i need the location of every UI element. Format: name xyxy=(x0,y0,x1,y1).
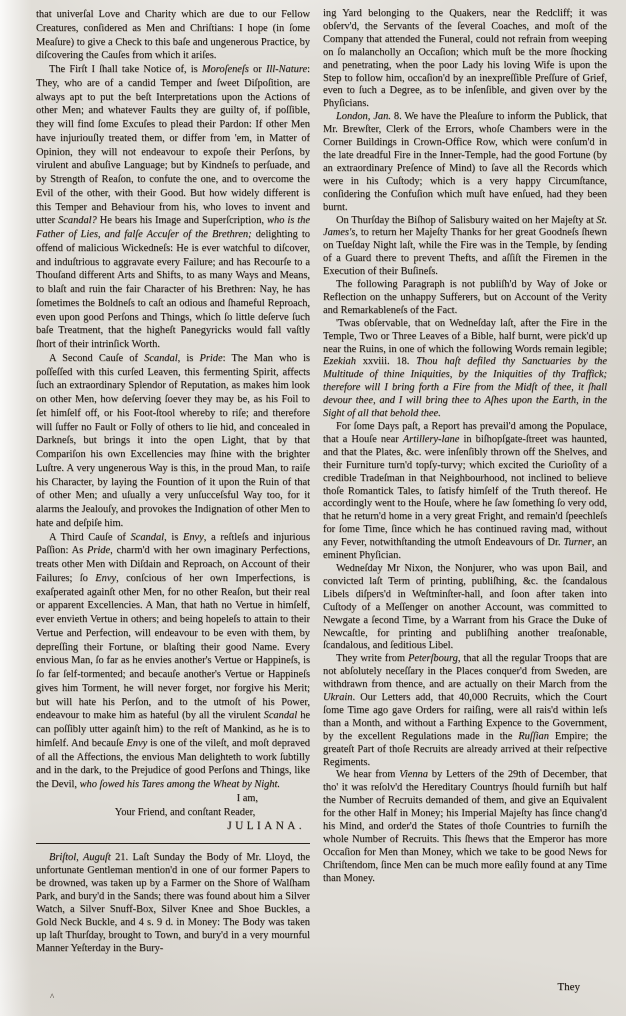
paragraph: A Third Cauſe of Scandal, is Envy, a reſ… xyxy=(36,531,310,792)
paragraph: Wedneſday Mr Nixon, the Nonjurer, who wa… xyxy=(323,563,607,653)
paragraph: We hear from Vienna by Letters of the 29… xyxy=(323,769,607,885)
newspaper-page: that univerſal Love and Charity which ar… xyxy=(0,0,626,1016)
left-column: that univerſal Love and Charity which ar… xyxy=(36,8,310,1010)
paragraph: The Firſt I ſhall take Notice of, is Mor… xyxy=(36,63,310,352)
bristol-news-item: Briſtol, Auguſt 21. Laſt Sunday the Body… xyxy=(36,852,310,955)
news-items: ing Yard belonging to the Quakers, near … xyxy=(323,8,607,886)
paragraph: They write from Peterſbourg, that all th… xyxy=(323,653,607,769)
paragraph: A Second Cauſe of Scandal, is Pride: The… xyxy=(36,352,310,531)
right-column: ing Yard belonging to the Quakers, near … xyxy=(323,8,607,1010)
section-divider-rule xyxy=(36,843,310,844)
paragraph: Briſtol, Auguſt 21. Laſt Sunday the Body… xyxy=(36,852,310,955)
printer-mark: ^ xyxy=(50,992,54,1002)
letter-signature: JULIANA. xyxy=(36,819,310,834)
paragraph: London, Jan. 8. We have the Pleaſure to … xyxy=(323,111,607,214)
paragraph: that univerſal Love and Charity which ar… xyxy=(36,8,310,63)
paragraph: ing Yard belonging to the Quakers, near … xyxy=(323,8,607,111)
paragraph: For ſome Days paſt, a Report has prevail… xyxy=(323,421,607,563)
catchword: They xyxy=(470,981,580,993)
paragraph: The following Paragraph is not publiſh'd… xyxy=(323,279,607,318)
letter-to-editor: that univerſal Love and Charity which ar… xyxy=(36,8,310,792)
letter-valediction: Your Friend, and conſtant Reader, xyxy=(36,806,310,820)
letter-iam-line: I am, xyxy=(36,792,310,806)
paragraph: 'Twas obſervable, that on Wedneſday laſt… xyxy=(323,318,607,421)
paragraph: On Thurſday the Biſhop of Salisbury wait… xyxy=(323,215,607,280)
